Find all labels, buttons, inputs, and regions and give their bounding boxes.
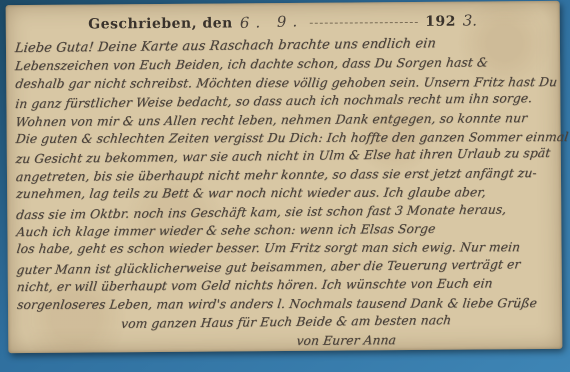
printed-year-prefix: 192 — [425, 14, 456, 30]
dotted-rule-line — [310, 21, 418, 24]
signature-line: von Eurer Anna — [16, 329, 556, 352]
postcard-scan: Geschrieben, den 6. 9. 192 3. Liebe Guta… — [6, 1, 563, 353]
printed-date-label: Geschrieben, den — [88, 15, 233, 32]
postcard-header: Geschrieben, den 6. 9. 192 3. — [6, 11, 560, 33]
handwritten-message-body: Liebe Guta! Deine Karte aus Raschach bra… — [15, 35, 555, 352]
handwritten-day-month: 6. 9. — [240, 12, 304, 32]
handwritten-year-digit: 3. — [463, 11, 477, 29]
scan-background: { "postcard": { "header": { "printed_lab… — [0, 0, 570, 372]
